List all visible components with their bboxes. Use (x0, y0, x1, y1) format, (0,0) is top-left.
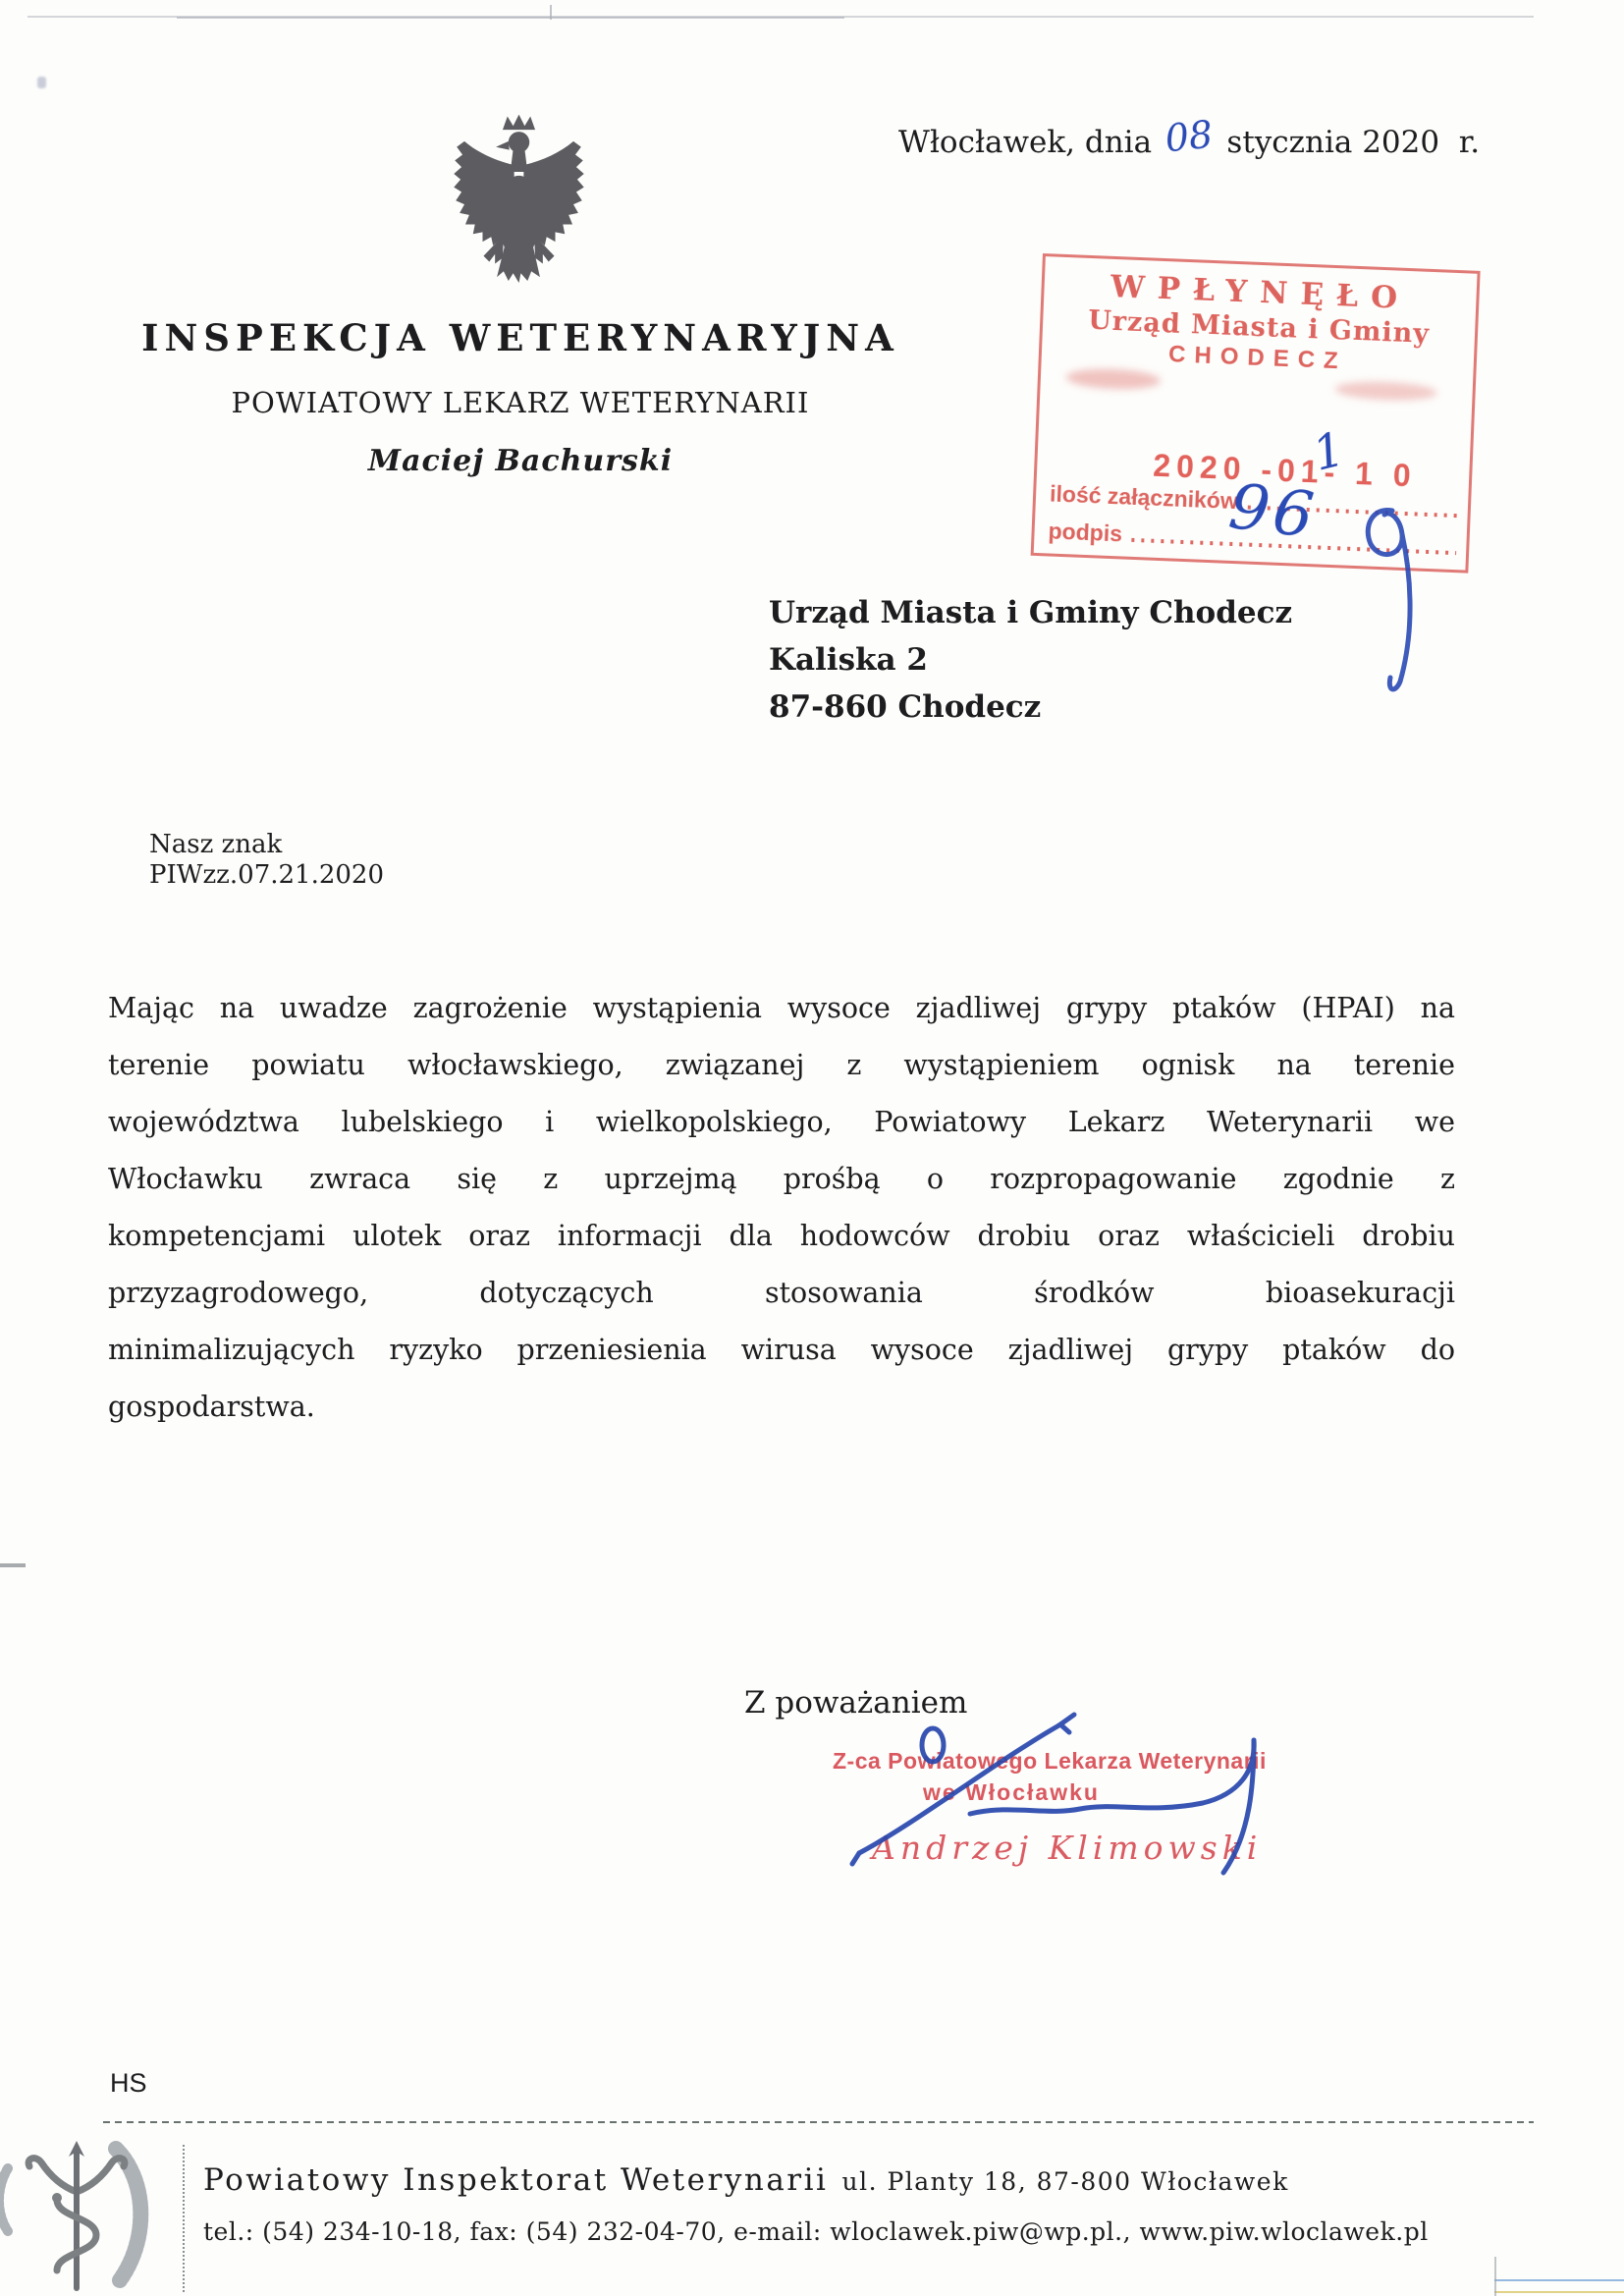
date-suffix: stycznia 2020 r. (1226, 125, 1480, 160)
valediction: Z poważaniem (744, 1685, 967, 1721)
body-line: terenie powiatu włocławskiego, związanej… (108, 1037, 1455, 1094)
recipient-address: Urząd Miasta i Gminy Chodecz Kaliska 2 8… (769, 589, 1292, 731)
stamp-smudge (1334, 380, 1437, 402)
reference-block: Nasz znak PIWzz.07.21.2020 (149, 830, 384, 891)
body-line: Włocławku zwraca się z uprzejmą prośbą o… (108, 1151, 1455, 1208)
polish-eagle-emblem (428, 110, 610, 306)
scan-artifact-yellow-line (1494, 2291, 1624, 2293)
body-line: kompetencjami ulotek oraz informacji dla… (108, 1208, 1455, 1265)
body-line: gospodarstwa. (108, 1379, 1455, 1436)
body-line: przyzagrodowego, dotyczących stosowania … (108, 1265, 1455, 1322)
scan-artifact-tick (550, 5, 552, 20)
scanned-letter-page: Włocławek, dnia08stycznia 2020 r. INSPEK… (0, 0, 1624, 2296)
recipient-line: Kaliska 2 (769, 636, 1292, 683)
date-line: Włocławek, dnia08stycznia 2020 r. (898, 118, 1480, 161)
reference-number: PIWzz.07.21.2020 (149, 860, 384, 891)
scan-artifact-vert-line (1494, 2257, 1496, 2296)
scan-artifact-blue-line (1494, 2279, 1624, 2281)
letterhead-title: POWIATOWY LEKARZ WETERYNARII (118, 386, 923, 419)
date-prefix: Włocławek, dnia (898, 125, 1152, 160)
footer-org-name: Powiatowy Inspektorat Weterynarii (203, 2162, 828, 2198)
typist-initials: HS (110, 2068, 147, 2099)
footer-vertical-divider (183, 2145, 185, 2292)
stamp-smudge (1066, 367, 1162, 391)
scan-artifact-top-line (27, 16, 1534, 18)
scan-artifact-top-line (177, 17, 844, 19)
recipient-line: 87-860 Chodecz (769, 683, 1292, 731)
scan-artifact-left-dash (0, 1563, 26, 1567)
footer-contact-line: tel.: (54) 234-10-18, fax: (54) 232-04-7… (203, 2217, 1429, 2246)
signer-stamp-title: Z-ca Powiatowego Lekarza Weterynarii (833, 1748, 1267, 1775)
footer-org-line: Powiatowy Inspektorat Weterynariiul. Pla… (203, 2162, 1289, 2198)
veterinary-caduceus-logo (0, 2139, 167, 2296)
letterhead-name: Maciej Bachurski (118, 444, 923, 478)
scan-artifact-smudge (37, 77, 46, 88)
footer-separator-line (103, 2121, 1534, 2123)
body-line: minimalizujących ryzyko przeniesienia wi… (108, 1322, 1455, 1379)
letter-body: Mając na uwadze zagrożenie wystąpienia w… (108, 980, 1455, 1436)
handwritten-day: 08 (1164, 113, 1216, 161)
signer-name-stamp: Andrzej Klimowski (872, 1829, 1262, 1867)
signer-stamp-place: we Włocławku (923, 1779, 1100, 1806)
body-line: województwa lubelskiego i wielkopolskieg… (108, 1094, 1455, 1151)
recipient-line: Urząd Miasta i Gminy Chodecz (769, 589, 1292, 636)
handwritten-paraph-number: 96 (1225, 470, 1322, 553)
footer-address: ul. Planty 18, 87-800 Włocławek (841, 2167, 1288, 2196)
reference-label: Nasz znak (149, 830, 384, 860)
stamp-signature-label: podpis (1048, 518, 1122, 547)
letterhead-org: INSPEKCJA WETERYNARYJNA (118, 316, 923, 359)
body-line: Mając na uwadze zagrożenie wystąpienia w… (108, 980, 1455, 1037)
